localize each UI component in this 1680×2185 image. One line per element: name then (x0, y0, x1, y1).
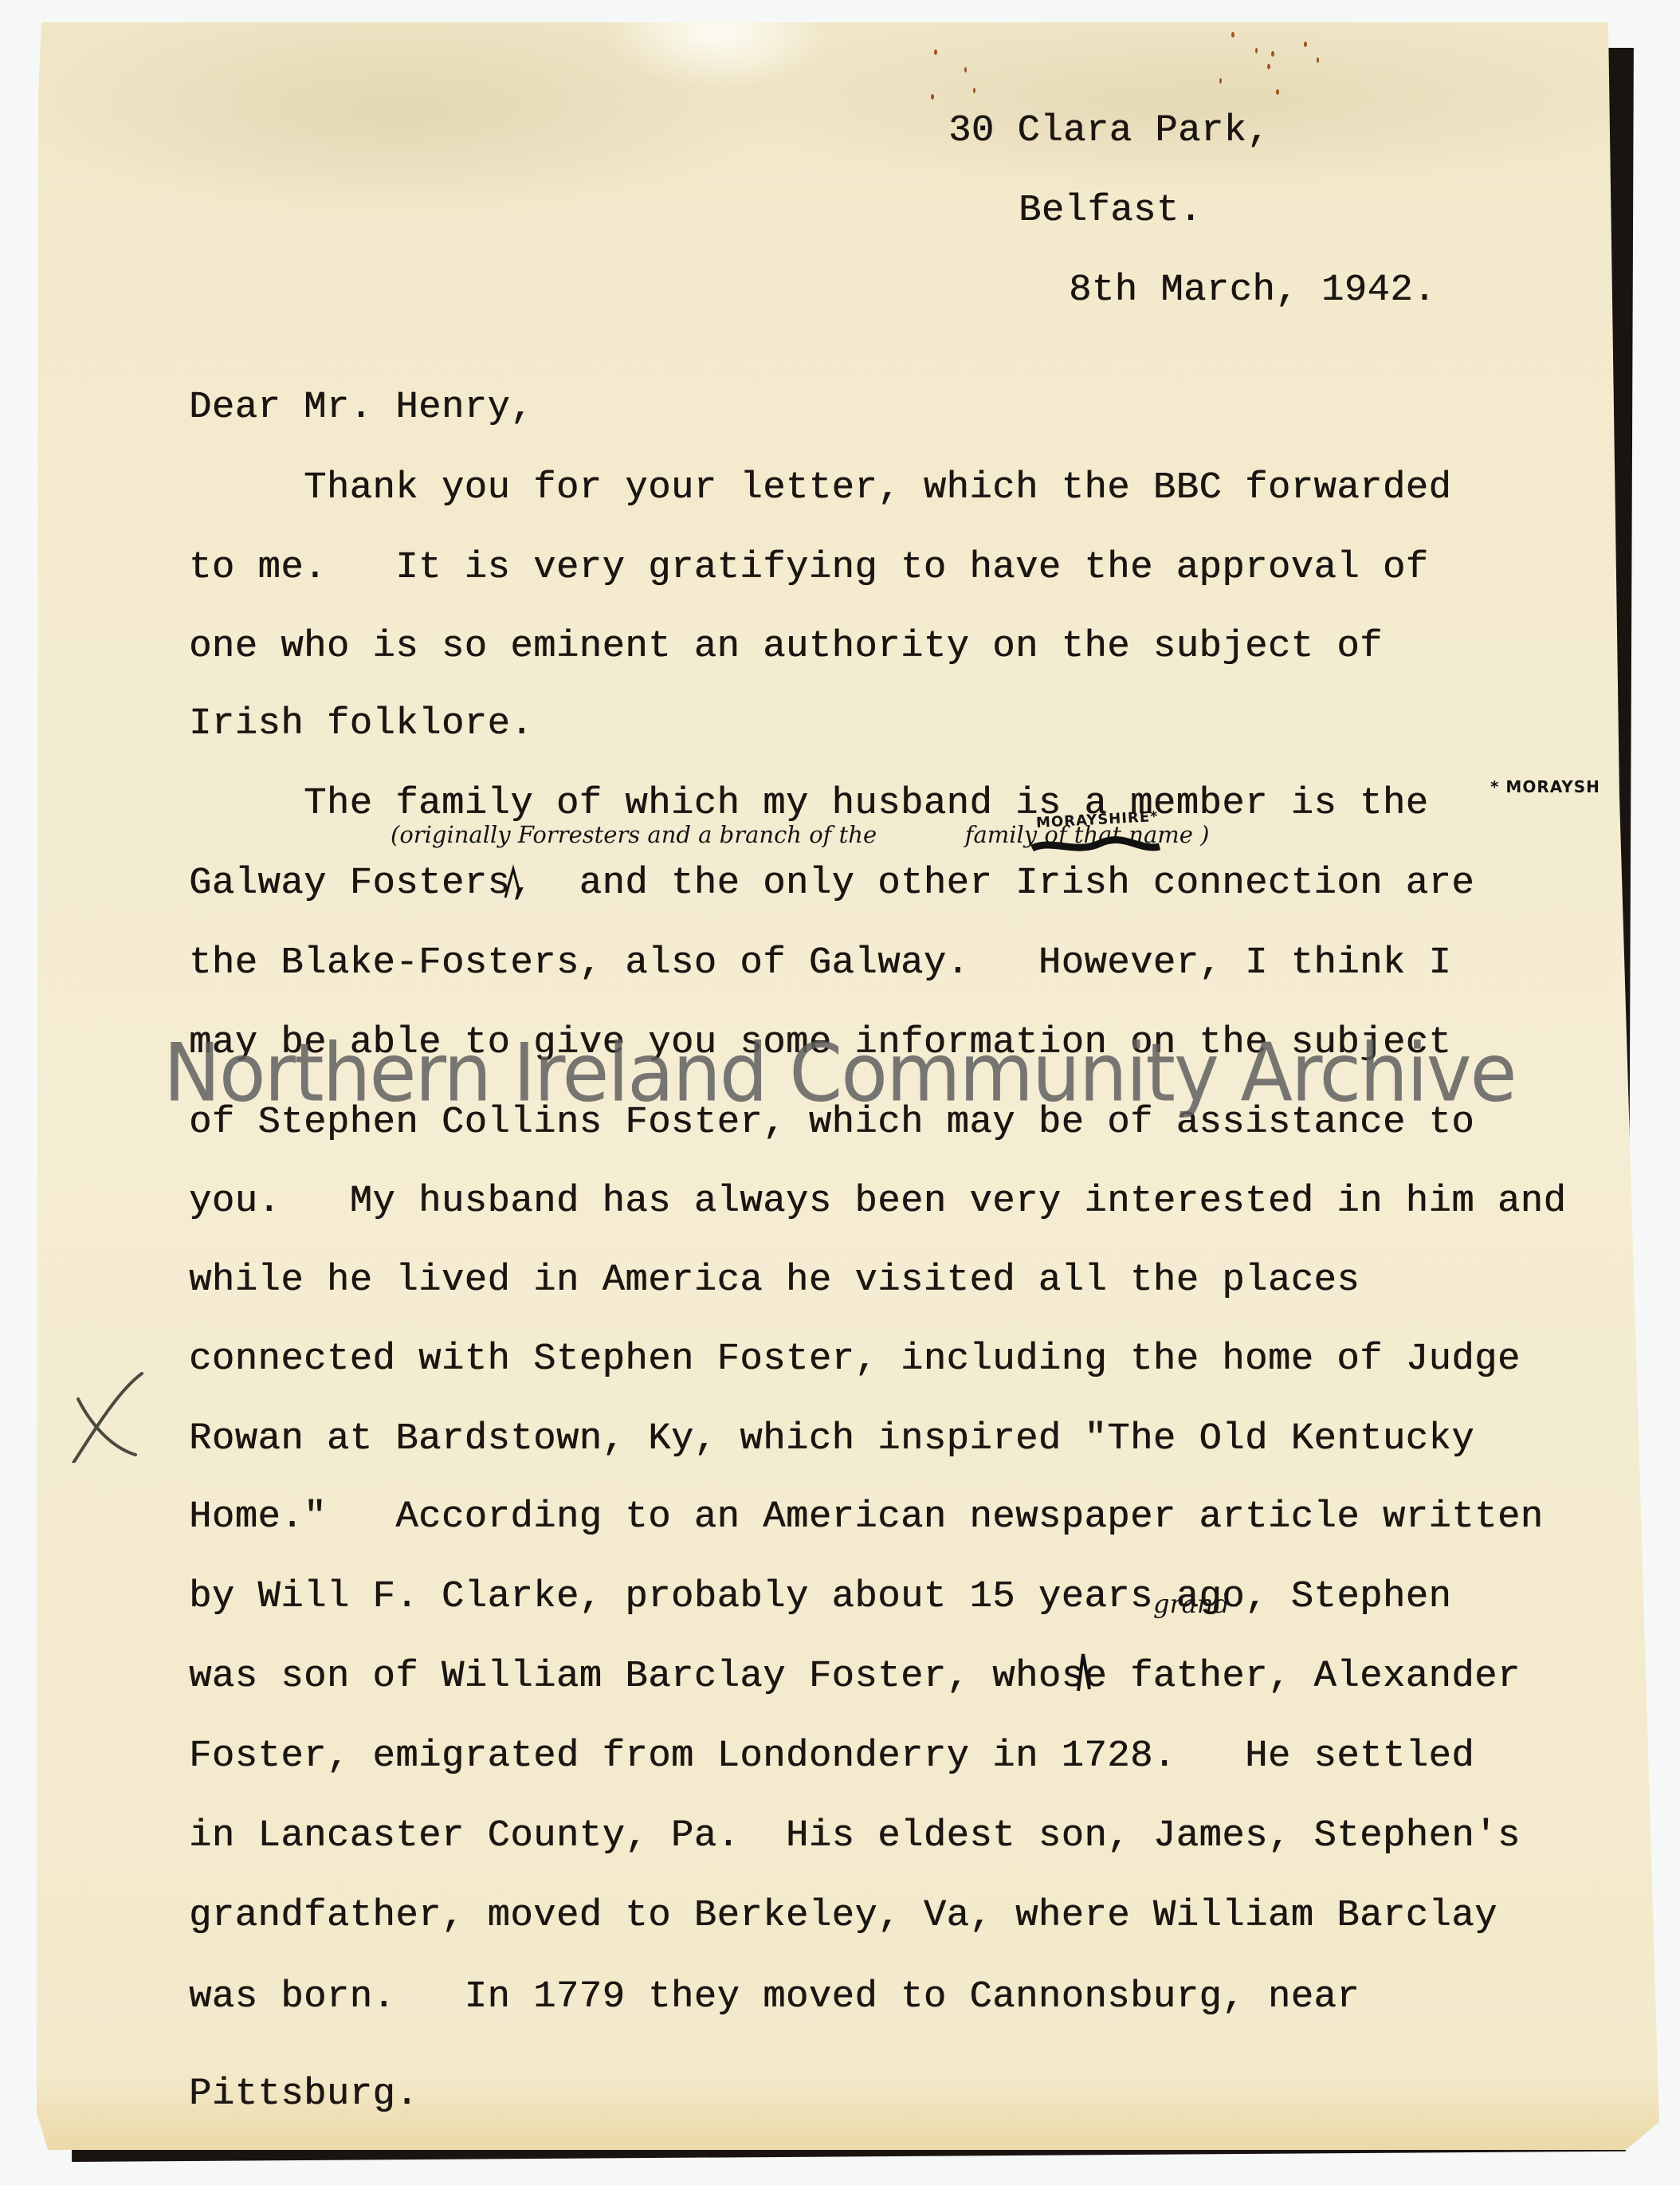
rust-spot (1231, 32, 1234, 37)
body-line: you. My husband has always been very int… (189, 1183, 1566, 1220)
handwritten-margin-note: * MORAYSH (1490, 777, 1600, 796)
rust-spot (1276, 89, 1279, 95)
body-line: to me. It is very gratifying to have the… (189, 549, 1428, 587)
body-line: Pittsburg. (189, 2076, 418, 2113)
body-line: Foster, emigrated from Londonderry in 17… (189, 1738, 1474, 1775)
body-line: the Blake-Fosters, also of Galway. Howev… (189, 945, 1451, 982)
rust-spot (1304, 41, 1307, 47)
body-line: by Will F. Clarke, probably about 15 yea… (189, 1578, 1451, 1616)
body-line: was born. In 1779 they moved to Cannonsb… (189, 1979, 1360, 2016)
rust-spot (1317, 57, 1319, 63)
body-line: Home." According to an American newspape… (189, 1499, 1543, 1536)
rust-spot (1267, 64, 1270, 69)
rust-spot (1255, 48, 1258, 53)
strikethrough-scribble (1028, 831, 1164, 863)
rust-spot (934, 49, 937, 55)
pencil-x-mark (62, 1367, 150, 1463)
rust-spot (1271, 51, 1274, 57)
rust-spot (1219, 78, 1222, 84)
insertion-caret (502, 861, 526, 901)
body-line: Galway Fosters, and the only other Irish… (189, 865, 1474, 902)
body-line: Irish folklore. (189, 705, 533, 743)
body-line: one who is so eminent an authority on th… (189, 628, 1383, 666)
body-line: connected with Stephen Foster, including… (189, 1341, 1521, 1378)
body-line: while he lived in America he visited all… (189, 1262, 1360, 1299)
rust-spot (931, 94, 934, 100)
letter-date: 8th March, 1942. (1069, 272, 1436, 309)
body-line: Rowan at Bardstown, Ky, which inspired "… (189, 1421, 1474, 1458)
address-line-1: 30 Clara Park, (948, 112, 1270, 150)
body-line: Thank you for your letter, which the BBC… (189, 470, 1451, 507)
body-line: grandfather, moved to Berkeley, Va, wher… (189, 1897, 1497, 1935)
handwritten-grand: grand- (1153, 1589, 1238, 1619)
address-line-2: Belfast. (1019, 192, 1202, 230)
salutation: Dear Mr. Henry, (189, 389, 533, 426)
body-line: in Lancaster County, Pa. His eldest son,… (189, 1818, 1521, 1855)
rust-spot (964, 67, 967, 73)
rust-spot (973, 88, 975, 93)
archive-watermark: Northern Ireland Community Archive (163, 1026, 1510, 1120)
body-line: The family of which my husband is a memb… (189, 785, 1428, 823)
body-line: was son of William Barclay Foster, whose… (189, 1658, 1521, 1696)
insertion-caret (1072, 1646, 1096, 1694)
